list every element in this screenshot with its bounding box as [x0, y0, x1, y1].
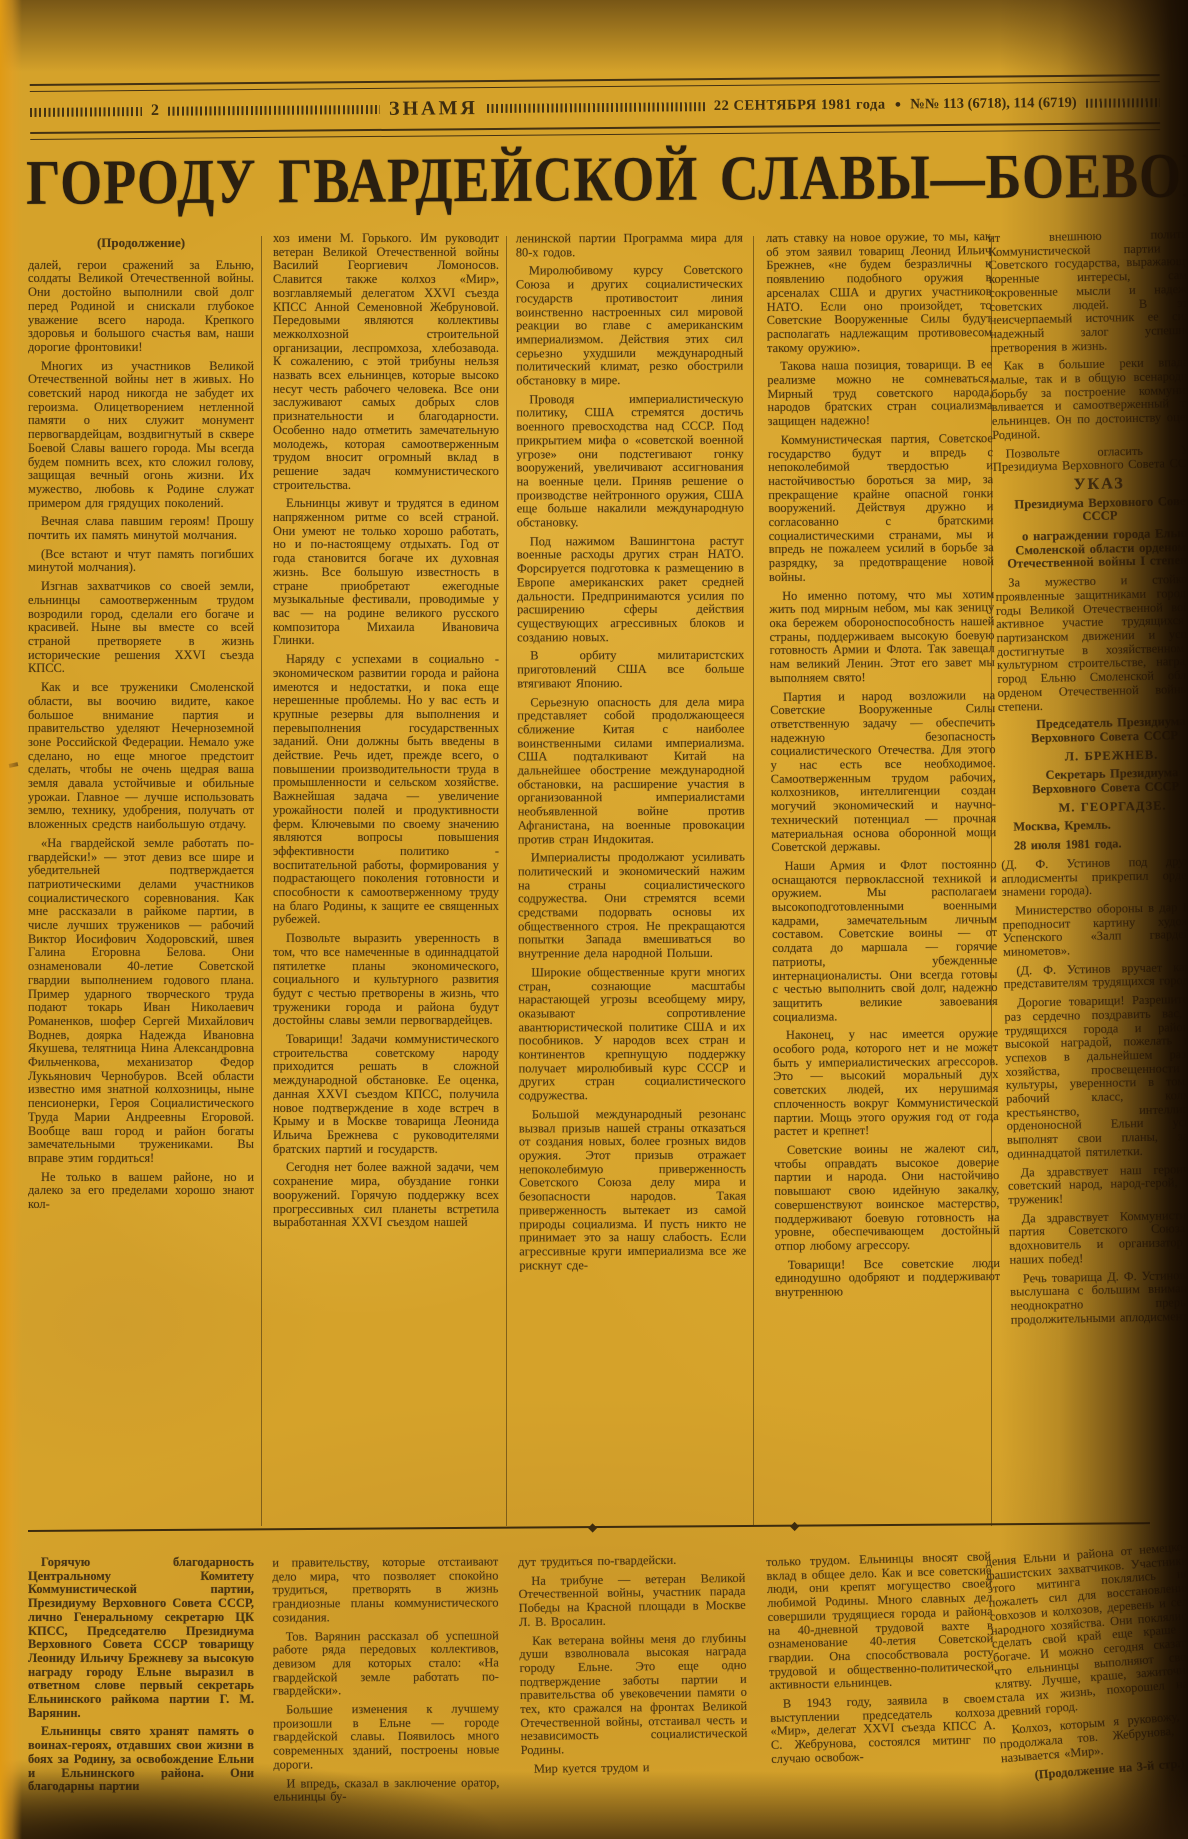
newspaper-page: 2 ЗНАМЯ 22 СЕНТЯБРЯ 1981 года ● №№ 113 (…: [0, 0, 1188, 1839]
paragraph: На трибуне — ветеран Великой Отечественн…: [518, 1572, 746, 1630]
column-rule: [506, 236, 507, 1526]
issue-numbers: №№ 113 (6718), 114 (6719): [910, 94, 1077, 112]
paragraph: Позвольте выразить уверенность в том, чт…: [273, 932, 499, 1028]
column-1-body: далей, герои сражений за Ельню, солдаты …: [28, 259, 254, 1212]
paragraph: В орбиту милитаристских приготовлений СШ…: [517, 649, 744, 691]
paragraph: Вечная слава павшим героям! Прошу почтит…: [28, 515, 254, 542]
column-3-body: ленинской партии Программа мира для 80-х…: [516, 232, 747, 1273]
page-number: 2: [151, 102, 159, 120]
paragraph: Да здравствует наш героический советский…: [1008, 1162, 1188, 1208]
scan-shadow-top: [0, 0, 1188, 72]
column-2: хоз имени М. Горького. Им руководит вете…: [273, 232, 499, 1530]
paragraph: (Все встают и чтут память погибших минут…: [28, 548, 254, 575]
decree-subtitle: Президиума Верховного Совета СССР: [994, 494, 1188, 526]
column-5-intro: ит внешнюю политику Коммунистической пар…: [988, 228, 1188, 475]
paragraph: В 1943 году, заявила в своем выступлении…: [770, 1692, 997, 1766]
paragraph: Изгнав захватчиков со своей земли, ельни…: [28, 580, 254, 676]
bottom-column-2-body: и правительству, которые отстаивают дело…: [272, 1555, 499, 1804]
bottom-column-5-body: дения Ельни и района от немецко-фашистск…: [985, 1540, 1188, 1766]
decree-signature-name: Л. БРЕЖНЕВ.: [999, 747, 1188, 765]
divider-arrow-icon: ◆: [588, 1521, 602, 1533]
decree-body: За мужество и стойкость, проявленные защ…: [995, 573, 1188, 714]
paragraph: (Д. Ф. Устинов под дружные аплодисменты …: [1001, 854, 1188, 900]
bottom-column-3: дут трудиться по-гвардейски.На трибуне —…: [518, 1553, 749, 1836]
paragraph: Большие изменения к лучшему произошли в …: [273, 1702, 499, 1772]
column-3: ленинской партии Программа мира для 80-х…: [516, 232, 748, 1531]
bottom-column-4: только трудом. Ельнинцы вносят свой вкла…: [766, 1550, 998, 1836]
bottom-column-2: и правительству, которые отстаивают дело…: [272, 1555, 499, 1836]
column-5-body: (Д. Ф. Устинов под дружные аплодисменты …: [1001, 854, 1188, 1327]
decree-date: 28 июля 1981 года.: [1001, 836, 1188, 854]
paragraph: Наши Армия и Флот постоянно оснащаются п…: [771, 858, 997, 1024]
paragraph: Империалисты продолжают усиливать полити…: [518, 851, 745, 961]
paragraph: Речь товарища Д. Ф. Устинова была выслуш…: [1010, 1268, 1188, 1327]
paragraph: Товарищи! Задачи коммунистического строи…: [273, 1033, 499, 1156]
paragraph: Партия и народ возложили на Советские Во…: [770, 689, 996, 855]
newspaper-title: ЗНАМЯ: [389, 97, 478, 121]
paragraph: Серьезную опасность для дела мира предст…: [517, 695, 745, 847]
masthead-dashes: [1086, 98, 1160, 108]
paragraph: дения Ельни и района от немецко-фашистск…: [985, 1540, 1188, 1720]
masthead-dashes: [168, 104, 380, 115]
decree-place: Москва, Кремль.: [1000, 817, 1188, 835]
masthead-dashes: [487, 102, 705, 113]
bottom-column-3-body: дут трудиться по-гвардейски.На трибуне —…: [518, 1553, 748, 1777]
paragraph: лать ставку на новое оружие, то мы, как …: [766, 230, 992, 355]
paragraph: Но именно потому, что мы хотим жить под …: [769, 588, 995, 686]
masthead: 2 ЗНАМЯ 22 СЕНТЯБРЯ 1981 года ● №№ 113 (…: [30, 74, 1160, 140]
paragraph: Как в большие реки впадают малые, так и …: [991, 356, 1188, 443]
bottom-column-4-body: только трудом. Ельнинцы вносят свой вкла…: [766, 1550, 996, 1766]
paragraph: Да здравствует Коммунистическая партия С…: [1009, 1208, 1188, 1267]
paragraph: Наряду с успехами в социально - экономич…: [273, 653, 499, 927]
paragraph: Как и все труженики Смоленской области, …: [28, 681, 254, 832]
scan-edge-left: [0, 0, 22, 1839]
paragraph: Товарищи! Все советские люди единодушно …: [775, 1257, 1000, 1300]
paragraph: дут трудиться по-гвардейски.: [518, 1553, 745, 1570]
column-rule: [753, 236, 754, 1526]
paragraph: и правительству, которые отстаивают дело…: [272, 1555, 498, 1625]
paragraph: (Д. Ф. Устинов вручает картину представи…: [1003, 960, 1188, 992]
paragraph: Советские воины не жалеют сил, чтобы опр…: [774, 1142, 1000, 1254]
margin-mark: [9, 762, 19, 768]
bottom-column-1: Горячую благодарность Центральному Комит…: [28, 1556, 254, 1836]
paragraph: Такова наша позиция, товарищи. В ее реал…: [767, 358, 993, 428]
decree-block: УКАЗ Президиума Верховного Совета СССР о…: [993, 475, 1188, 853]
paragraph: Не только в вашем районе, но и далеко за…: [28, 1171, 254, 1212]
paragraph: Мир куется трудом и: [521, 1760, 748, 1777]
paragraph: Ельнинцы живут и трудятся в едином напря…: [273, 497, 499, 648]
paragraph: Широкие общественные круги многих стран,…: [518, 965, 745, 1103]
bullet-separator-icon: ●: [895, 98, 902, 110]
paragraph: Тов. Варянин рассказал об успешной работ…: [273, 1629, 499, 1699]
paragraph: Позвольте огласить Указ Президиума Верхо…: [993, 443, 1188, 475]
paragraph: Горячую благодарность Центральному Комит…: [28, 1556, 254, 1720]
paragraph: Наконец, у нас имеется оружие особого ро…: [773, 1027, 999, 1139]
paragraph: Как ветерана войны меня до глубины души …: [519, 1631, 748, 1757]
column-4: лать ставку на новое оружие, то мы, как …: [766, 230, 1002, 1530]
paragraph: ленинской партии Программа мира для 80-х…: [516, 232, 743, 260]
paragraph: Сегодня нет более важной задачи, чем сох…: [273, 1161, 499, 1230]
decree-signature-role: Секретарь Президиума Верховного Совета С…: [999, 766, 1188, 798]
paragraph: Ельнинцы свято хранят память о воинах-ге…: [28, 1725, 254, 1794]
paragraph: далей, герои сражений за Ельню, солдаты …: [28, 259, 254, 355]
paragraph: Большой международный резонанс вызвал пр…: [519, 1107, 747, 1272]
paragraph: ит внешнюю политику Коммунистической пар…: [988, 228, 1188, 356]
paragraph: Министерство обороны в дар Ельне преподн…: [1002, 900, 1188, 959]
paragraph: хоз имени М. Горького. Им руководит вете…: [273, 232, 499, 492]
paragraph: Дорогие товарищи! Разрешите еще раз серд…: [1004, 993, 1188, 1162]
column-1: (Продолжение) далей, герои сражений за Е…: [28, 232, 254, 1530]
divider-arrow-icon: ◆: [790, 1520, 804, 1532]
decree-title: УКАЗ: [993, 475, 1188, 493]
headline: ГОРОДУ ГВАРДЕЙСКОЙ СЛАВЫ—БОЕВОЙ ОРДЕН: [26, 137, 1188, 219]
bottom-column-5: дения Ельни и района от немецко-фашистск…: [985, 1540, 1188, 1835]
decree-signature-name: М. ГЕОРГАДЗЕ.: [1000, 798, 1188, 816]
paragraph: И впредь, сказал в заключение оратор, ел…: [273, 1776, 499, 1805]
paragraph: «На гвардейской земле работать по-гварде…: [28, 837, 254, 1166]
decree-subject: о награждении города Ельни Смоленской об…: [994, 527, 1188, 573]
paragraph: Под нажимом Вашингтона растут военные ра…: [517, 534, 744, 644]
column-rule: [261, 236, 262, 1526]
bottom-column-1-body: Горячую благодарность Центральному Комит…: [28, 1556, 254, 1794]
decree-signature-role: Председатель Президиума Верховного Совет…: [998, 715, 1188, 747]
masthead-dashes: [30, 107, 142, 117]
paragraph: Коммунистическая партия, Советское госуд…: [768, 432, 994, 585]
column-2-body: хоз имени М. Горького. Им руководит вете…: [273, 232, 499, 1230]
paragraph: Проводя империалистическую политику, США…: [516, 392, 743, 530]
paragraph: только трудом. Ельнинцы вносят свой вкла…: [766, 1550, 995, 1693]
continuation-label: (Продолжение): [28, 236, 254, 250]
column-4-body: лать ставку на новое оружие, то мы, как …: [766, 230, 1000, 1300]
column-5: ит внешнюю политику Коммунистической пар…: [988, 228, 1188, 1530]
issue-date: 22 СЕНТЯБРЯ 1981 года: [714, 96, 886, 114]
paragraph: Многих из участников Великой Отечественн…: [28, 360, 254, 511]
paragraph: Миролюбивому курсу Советского Союза и др…: [516, 264, 743, 388]
